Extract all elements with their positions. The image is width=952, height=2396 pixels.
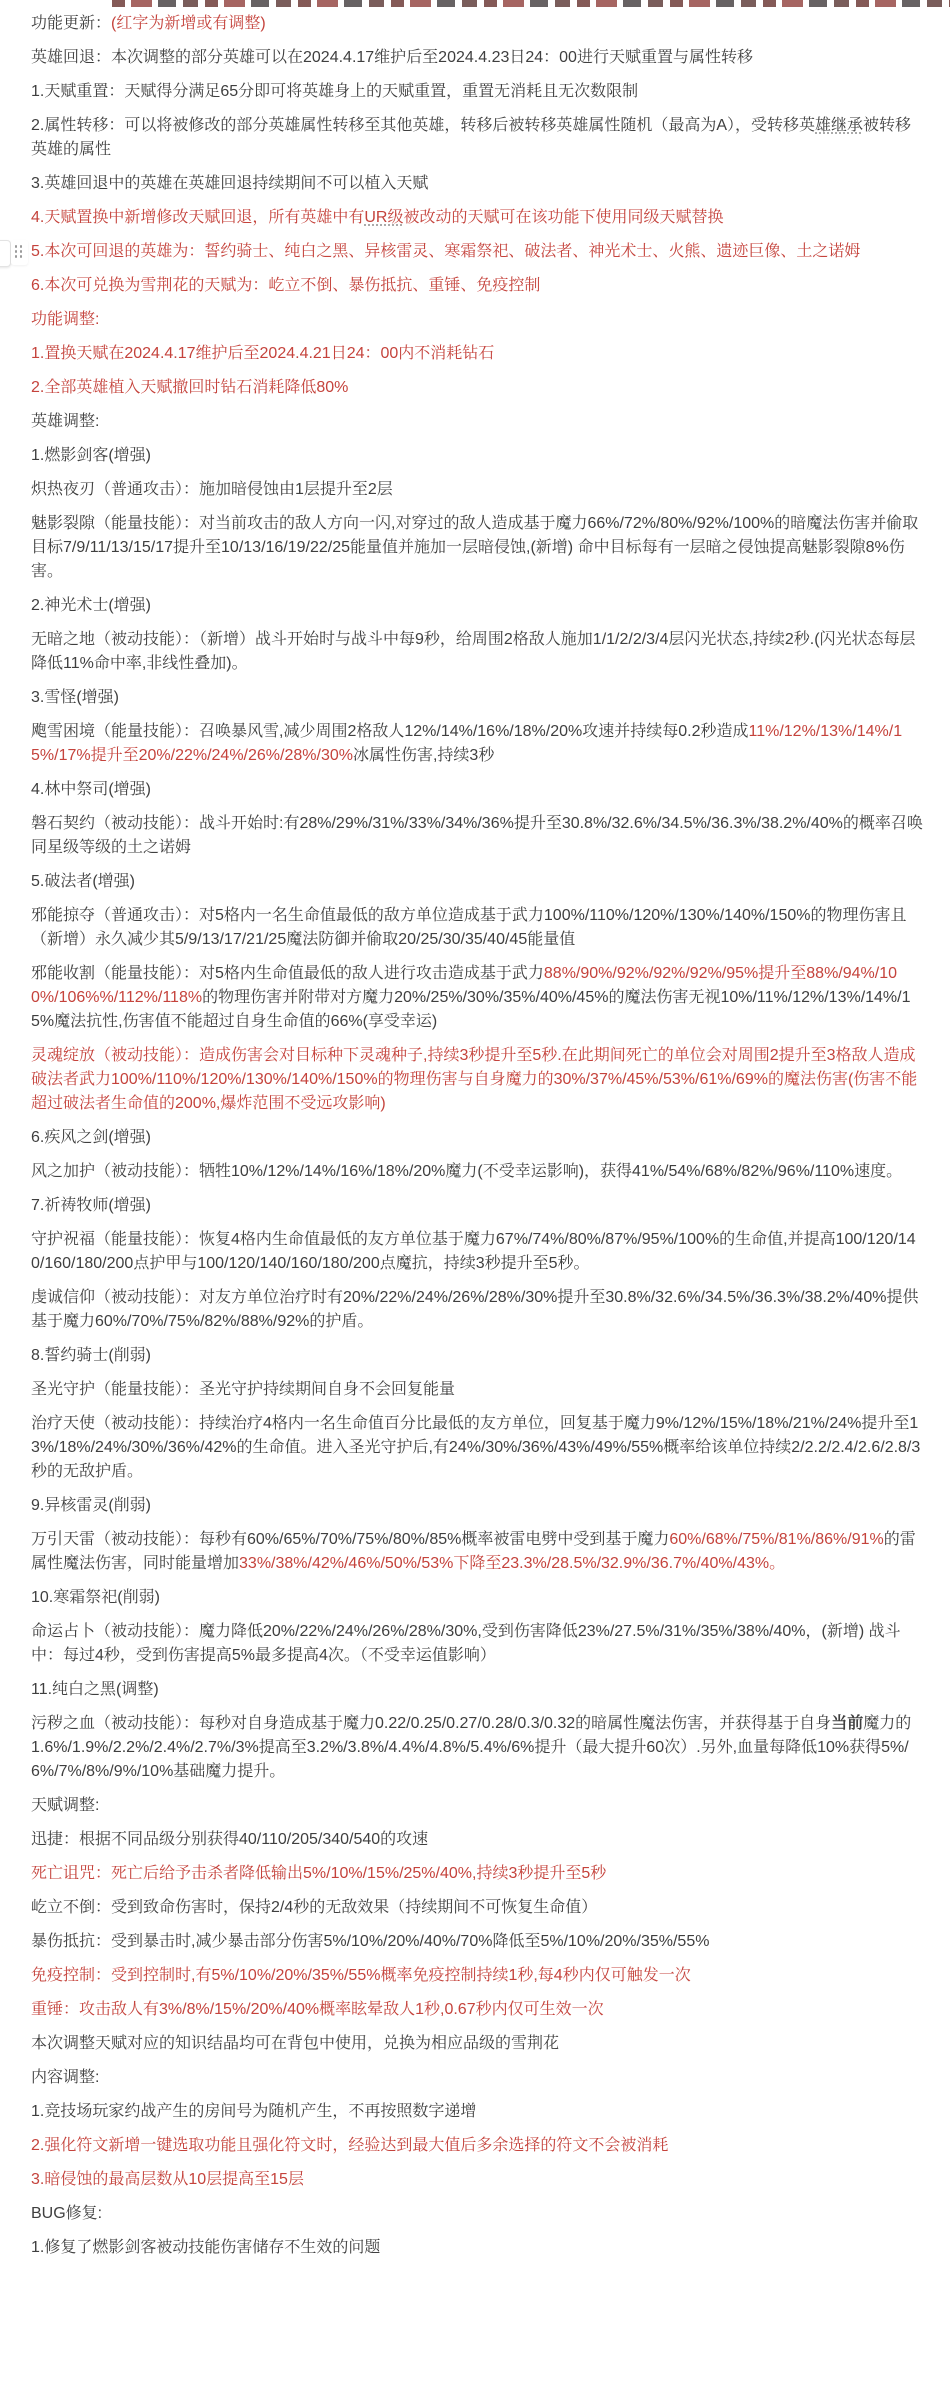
body-text: 命运占卜（被动技能）：魔力降低20%/22%/24%/26%/28%/30%,受… <box>31 1623 901 1664</box>
body-text: 2.神光术士(增强) <box>31 597 151 614</box>
paragraph: 风之加护（被动技能）：牺牲10%/12%/14%/16%/18%/20%魔力(不… <box>31 1160 923 1184</box>
body-text: 1.竞技场玩家约战产生的房间号为随机产生，不再按照数字递增 <box>31 2103 476 2120</box>
changed-text: 1.置换天赋在2024.4.17维护后至2024.4.21日24：00内不消耗钻… <box>31 345 494 362</box>
paragraph: 治疗天使（被动技能）：持续治疗4格内一名生命值百分比最低的友方单位，回复基于魔力… <box>31 1412 923 1484</box>
paragraph: 9.异核雷灵(削弱) <box>31 1494 923 1518</box>
body-text: 魅影裂隙（能量技能）：对当前攻击的敌人方向一闪,对穿过的敌人造成基于魔力66%/… <box>31 515 918 580</box>
changed-text: 免疫控制：受到控制时,有5%/10%/20%/35%/55%概率免疫控制持续1秒… <box>31 1967 691 1984</box>
body-text: 万引天雷（被动技能）：每秒有60%/65%/70%/75%/80%/85%概率被… <box>31 1531 669 1548</box>
body-text: 功能更新： <box>31 15 111 32</box>
paragraph: 3.英雄回退中的英雄在英雄回退持续期间不可以植入天赋 <box>31 172 923 196</box>
body-text: 冰属性伤害,持续3秒 <box>353 747 494 764</box>
changed-text: 6.本次可兑换为雪荆花的天赋为：屹立不倒、暴伤抵抗、重锤、免疫控制 <box>31 277 540 294</box>
paragraph: 4.林中祭司(增强) <box>31 778 923 802</box>
paragraph: 飑雪困境（能量技能）：召唤暴风雪,减少周围2格敌人12%/14%/16%/18%… <box>31 720 923 768</box>
changed-text: (红字为新增或有调整) <box>111 15 266 32</box>
body-text: 2.属性转移：可以将被修改的部分英雄属性转移至其他英雄，转移后被转移英雄属性随机… <box>31 117 815 134</box>
changed-text: 重锤：攻击敌人有3%/8%/15%/20%/40%概率眩晕敌人1秒,0.67秒内… <box>31 2001 604 2018</box>
changed-text: 2.全部英雄植入天赋撤回时钻石消耗降低80% <box>31 379 348 396</box>
paragraph: 功能更新：(红字为新增或有调整) <box>31 12 923 36</box>
paragraph: 屹立不倒：受到致命伤害时，保持2/4秒的无敌效果（持续期间不可恢复生命值） <box>31 1896 923 1920</box>
paragraph: 英雄调整: <box>31 410 923 434</box>
paragraph: 2.属性转移：可以将被修改的部分英雄属性转移至其他英雄，转移后被转移英雄属性随机… <box>31 114 923 162</box>
body-text: 邪能掠夺（普通攻击）：对5格内一名生命值最低的敌方单位造成基于武力100%/11… <box>31 907 906 948</box>
changed-text: 5.本次可回退的英雄为：誓约骑士、纯白之黑、异核雷灵、寒霜祭祀、破法者、神光术士… <box>31 243 860 260</box>
paragraph: 魅影裂隙（能量技能）：对当前攻击的敌人方向一闪,对穿过的敌人造成基于魔力66%/… <box>31 512 923 584</box>
paragraph: 4.天赋置换中新增修改天赋回退，所有英雄中有UR级被改动的天赋可在该功能下使用同… <box>31 206 923 230</box>
paragraph: 无暗之地（被动技能）：（新增）战斗开始时与战斗中每9秒，给周围2格敌人施加1/1… <box>31 628 923 676</box>
body-text: 1.天赋重置：天赋得分满足65分即可将英雄身上的天赋重置，重置无消耗且无次数限制 <box>31 83 638 100</box>
paragraph: 万引天雷（被动技能）：每秒有60%/65%/70%/75%/80%/85%概率被… <box>31 1528 923 1576</box>
changed-text: 死亡诅咒：死亡后给予击杀者降低输出5%/10%/15%/25%/40%,持续3秒… <box>31 1865 606 1882</box>
body-text: 守护祝福（能量技能）：恢复4格内生命值最低的友方单位基于魔力67%/74%/80… <box>31 1231 916 1272</box>
body-text: 6.疾风之剑(增强) <box>31 1129 151 1146</box>
paragraph: 7.祈祷牧师(增强) <box>31 1194 923 1218</box>
paragraph: 6.本次可兑换为雪荆花的天赋为：屹立不倒、暴伤抵抗、重锤、免疫控制 <box>31 274 923 298</box>
paragraph: 1.竞技场玩家约战产生的房间号为随机产生，不再按照数字递增 <box>31 2100 923 2124</box>
paragraph: 英雄回退：本次调整的部分英雄可以在2024.4.17维护后至2024.4.23日… <box>31 46 923 70</box>
changed-text: 灵魂绽放（被动技能）：造成伤害会对目标种下灵魂种子,持续3秒提升至5秒.在此期间… <box>31 1047 917 1112</box>
paragraph: 11.纯白之黑(调整) <box>31 1678 923 1702</box>
body-text: 炽热夜刃（普通攻击）：施加暗侵蚀由1层提升至2层 <box>31 481 393 498</box>
paragraph: 圣光守护（能量技能）：圣光守护持续期间自身不会回复能量 <box>31 1378 923 1402</box>
body-text: 3.雪怪(增强) <box>31 689 119 706</box>
body-text: 虔诚信仰（被动技能）：对友方单位治疗时有20%/22%/24%/26%/28%/… <box>31 1289 918 1330</box>
paragraph: 3.暗侵蚀的最高层数从10层提高至15层 <box>31 2168 923 2192</box>
body-text: 10.寒霜祭祀(削弱) <box>31 1589 160 1606</box>
block-handle-partial[interactable] <box>0 240 11 267</box>
paragraph: 功能调整: <box>31 308 923 332</box>
paragraph: 污秽之血（被动技能）：每秒对自身造成基于魔力0.22/0.25/0.27/0.2… <box>31 1712 923 1784</box>
body-text: 本次调整天赋对应的知识结晶均可在背包中使用，兑换为相应品级的雪荆花 <box>31 2035 559 2052</box>
body-text: 5.破法者(增强) <box>31 873 135 890</box>
paragraph: 灵魂绽放（被动技能）：造成伤害会对目标种下灵魂种子,持续3秒提升至5秒.在此期间… <box>31 1044 923 1116</box>
paragraph: 虔诚信仰（被动技能）：对友方单位治疗时有20%/22%/24%/26%/28%/… <box>31 1286 923 1334</box>
body-text: 9.异核雷灵(削弱) <box>31 1497 151 1514</box>
paragraph: 守护祝福（能量技能）：恢复4格内生命值最低的友方单位基于魔力67%/74%/80… <box>31 1228 923 1276</box>
changelog-document: 功能更新：(红字为新增或有调整)英雄回退：本次调整的部分英雄可以在2024.4.… <box>0 0 952 2296</box>
body-text: 暴伤抵抗：受到暴击时,减少暴击部分伤害5%/10%/20%/40%/70%降低至… <box>31 1933 709 1950</box>
paragraph: 磐石契约（被动技能）：战斗开始时:有28%/29%/31%/33%/34%/36… <box>31 812 923 860</box>
paragraph: 5.破法者(增强) <box>31 870 923 894</box>
paragraph: 免疫控制：受到控制时,有5%/10%/20%/35%/55%概率免疫控制持续1秒… <box>31 1964 923 1988</box>
changed-text: 2.强化符文新增一键选取功能且强化符文时，经验达到最大值后多余选择的符文不会被消… <box>31 2137 668 2154</box>
paragraph: 暴伤抵抗：受到暴击时,减少暴击部分伤害5%/10%/20%/40%/70%降低至… <box>31 1930 923 1954</box>
paragraph: 炽热夜刃（普通攻击）：施加暗侵蚀由1层提升至2层 <box>31 478 923 502</box>
paragraph: 迅捷：根据不同品级分别获得40/110/205/340/540的攻速 <box>31 1828 923 1852</box>
body-text: 当前 <box>831 1715 863 1732</box>
block-drag-handle[interactable] <box>11 240 28 265</box>
body-text: 飑雪困境（能量技能）：召唤暴风雪,减少周围2格敌人12%/14%/16%/18%… <box>31 723 749 740</box>
body-text: 8.誓约骑士(削弱) <box>31 1347 151 1364</box>
paragraph: 死亡诅咒：死亡后给予击杀者降低输出5%/10%/15%/25%/40%,持续3秒… <box>31 1862 923 1886</box>
body-text: 邪能收割（能量技能）：对5格内生命值最低的敌人进行攻击造成基于武力 <box>31 965 544 982</box>
paragraph: 邪能掠夺（普通攻击）：对5格内一名生命值最低的敌方单位造成基于武力100%/11… <box>31 904 923 952</box>
paragraph: 2.强化符文新增一键选取功能且强化符文时，经验达到最大值后多余选择的符文不会被消… <box>31 2134 923 2158</box>
paragraph: 重锤：攻击敌人有3%/8%/15%/20%/40%概率眩晕敌人1秒,0.67秒内… <box>31 1998 923 2022</box>
changed-text: 功能调整: <box>31 311 99 328</box>
body-text: 雄继承 <box>815 117 863 134</box>
paragraph: 2.全部英雄植入天赋撤回时钻石消耗降低80% <box>31 376 923 400</box>
paragraph: 天赋调整: <box>31 1794 923 1818</box>
paragraph: 1.燃影剑客(增强) <box>31 444 923 468</box>
changed-text: UR级 <box>364 209 403 226</box>
body-text: 圣光守护（能量技能）：圣光守护持续期间自身不会回复能量 <box>31 1381 455 1398</box>
body-text: 污秽之血（被动技能）：每秒对自身造成基于魔力0.22/0.25/0.27/0.2… <box>31 1715 831 1732</box>
body-text: 治疗天使（被动技能）：持续治疗4格内一名生命值百分比最低的友方单位，回复基于魔力… <box>31 1415 920 1480</box>
paragraph: 1.置换天赋在2024.4.17维护后至2024.4.21日24：00内不消耗钻… <box>31 342 923 366</box>
body-text: 风之加护（被动技能）：牺牲10%/12%/14%/16%/18%/20%魔力(不… <box>31 1163 902 1180</box>
changed-text: 60%/68%/75%/81%/86%/91% <box>669 1531 883 1548</box>
body-text: 1.燃影剑客(增强) <box>31 447 151 464</box>
body-text: 11.纯白之黑(调整) <box>31 1681 159 1698</box>
paragraph: 邪能收割（能量技能）：对5格内生命值最低的敌人进行攻击造成基于武力88%/90%… <box>31 962 923 1034</box>
changed-text: 33%/38%/42%/46%/50%/53%下降至23.3%/28.5%/32… <box>239 1555 785 1572</box>
paragraph: 8.誓约骑士(削弱) <box>31 1344 923 1368</box>
body-text: 7.祈祷牧师(增强) <box>31 1197 151 1214</box>
paragraph: 6.疾风之剑(增强) <box>31 1126 923 1150</box>
changed-text: 被改动的天赋可在该功能下使用同级天赋替换 <box>403 209 723 226</box>
paragraph: 10.寒霜祭祀(削弱) <box>31 1586 923 1610</box>
body-text: 无暗之地（被动技能）：（新增）战斗开始时与战斗中每9秒，给周围2格敌人施加1/1… <box>31 631 916 672</box>
body-text: 屹立不倒：受到致命伤害时，保持2/4秒的无敌效果（持续期间不可恢复生命值） <box>31 1899 597 1916</box>
paragraph: 5.本次可回退的英雄为：誓约骑士、纯白之黑、异核雷灵、寒霜祭祀、破法者、神光术士… <box>31 240 923 264</box>
body-text: 迅捷：根据不同品级分别获得40/110/205/340/540的攻速 <box>31 1831 428 1848</box>
body-text: 天赋调整: <box>31 1797 99 1814</box>
clipped-previous-line <box>112 0 950 7</box>
body-text: 3.英雄回退中的英雄在英雄回退持续期间不可以植入天赋 <box>31 175 428 192</box>
body-text: 英雄调整: <box>31 413 99 430</box>
body-text: 磐石契约（被动技能）：战斗开始时:有28%/29%/31%/33%/34%/36… <box>31 815 923 856</box>
paragraph: BUG修复: <box>31 2202 923 2226</box>
paragraph: 本次调整天赋对应的知识结晶均可在背包中使用，兑换为相应品级的雪荆花 <box>31 2032 923 2056</box>
body-text: 1.修复了燃影剑客被动技能伤害储存不生效的问题 <box>31 2239 380 2256</box>
paragraph: 3.雪怪(增强) <box>31 686 923 710</box>
body-text: 4.林中祭司(增强) <box>31 781 151 798</box>
paragraph: 2.神光术士(增强) <box>31 594 923 618</box>
six-dot-grip-icon <box>15 245 25 260</box>
body-text: 内容调整: <box>31 2069 99 2086</box>
body-text: BUG修复: <box>31 2205 102 2222</box>
changed-text: 3.暗侵蚀的最高层数从10层提高至15层 <box>31 2171 304 2188</box>
paragraph: 1.修复了燃影剑客被动技能伤害储存不生效的问题 <box>31 2236 923 2260</box>
paragraph: 1.天赋重置：天赋得分满足65分即可将英雄身上的天赋重置，重置无消耗且无次数限制 <box>31 80 923 104</box>
body-text: 英雄回退：本次调整的部分英雄可以在2024.4.17维护后至2024.4.23日… <box>31 49 753 66</box>
changed-text: 4.天赋置换中新增修改天赋回退，所有英雄中有 <box>31 209 364 226</box>
paragraph: 内容调整: <box>31 2066 923 2090</box>
paragraph: 命运占卜（被动技能）：魔力降低20%/22%/24%/26%/28%/30%,受… <box>31 1620 923 1668</box>
